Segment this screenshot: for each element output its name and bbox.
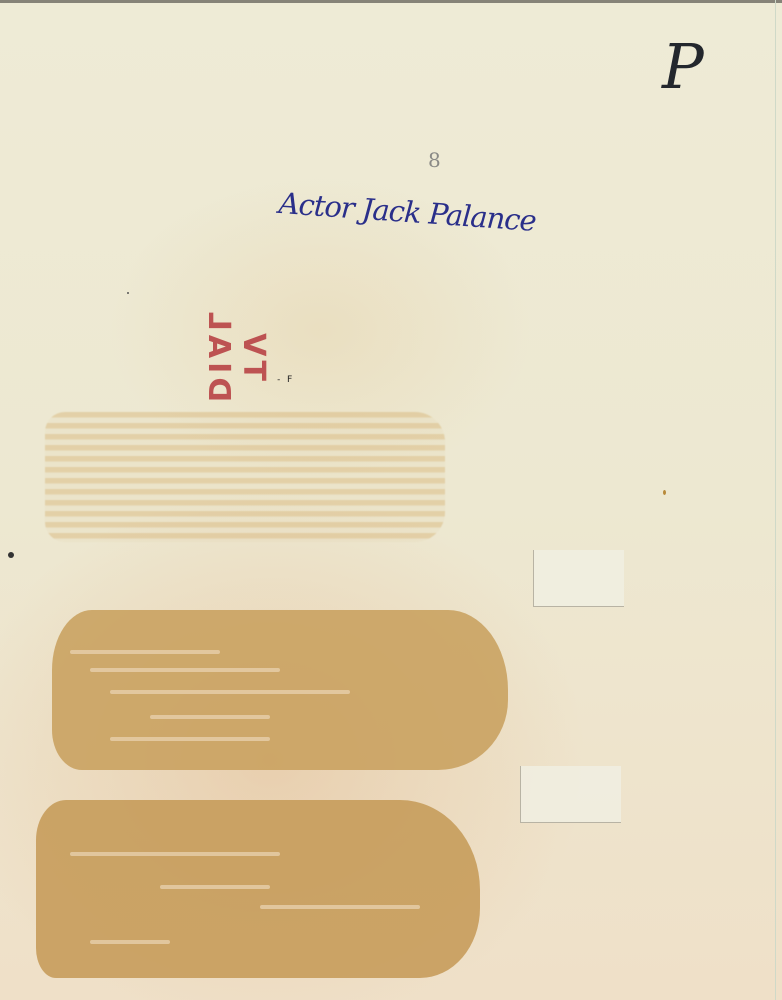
glue-streak bbox=[110, 690, 350, 694]
tv-dial-stamp: TV DIAL bbox=[216, 258, 256, 418]
glue-streak bbox=[160, 885, 270, 889]
glue-streak bbox=[90, 940, 170, 944]
corner-letter-mark: P bbox=[662, 30, 704, 103]
glue-streak bbox=[110, 737, 270, 741]
glue-streak bbox=[90, 668, 280, 672]
stain-speck bbox=[663, 490, 666, 495]
tiny-ink-marks: - F bbox=[276, 376, 306, 385]
ink-speck bbox=[8, 552, 14, 558]
glue-streak bbox=[150, 715, 270, 719]
glue-streak bbox=[260, 905, 420, 909]
glue-streak bbox=[70, 650, 220, 654]
glue-stain-bottom bbox=[36, 800, 480, 978]
stamp-text: TV DIAL bbox=[201, 275, 271, 435]
tape-residue-lower bbox=[520, 766, 621, 823]
pencil-number-mark: 8 bbox=[428, 148, 441, 172]
tape-residue-upper bbox=[533, 550, 624, 607]
glue-stain-faint bbox=[45, 412, 445, 542]
scan-right-edge bbox=[775, 0, 776, 1000]
glue-streak bbox=[70, 852, 280, 856]
scan-top-edge bbox=[0, 0, 782, 3]
ink-speck bbox=[127, 292, 129, 294]
